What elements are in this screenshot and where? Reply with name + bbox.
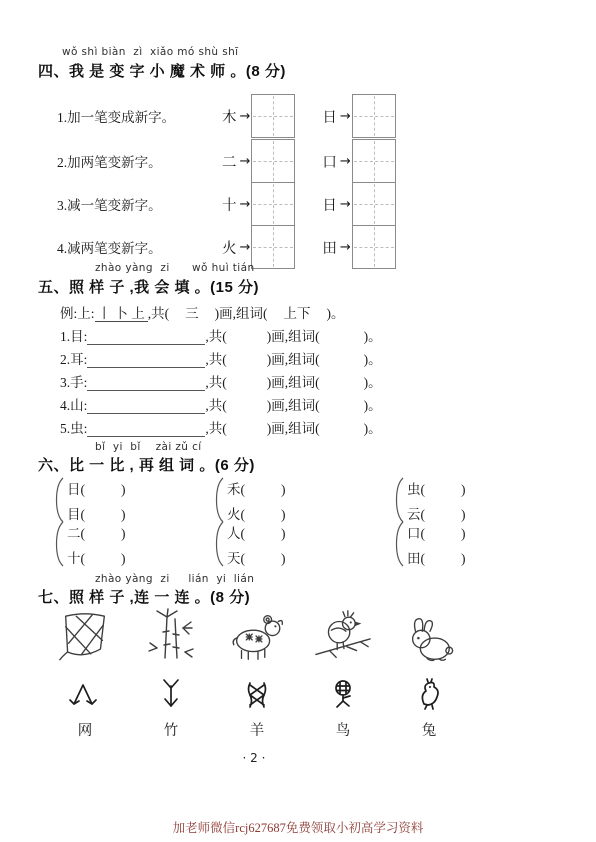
example-prefix: 例:上: xyxy=(60,306,95,321)
fill-in-row: 5.虫:,共()画,组词()。 xyxy=(60,417,382,437)
ancient-script-glyph-2[interactable] xyxy=(128,676,214,710)
row-text: )画,组词( xyxy=(267,417,320,437)
question-row: 1.加一笔变成新字。 木 → 日 → xyxy=(57,93,396,139)
paren: ( xyxy=(81,551,86,567)
worksheet-page: wǒ shì biàn zì xiǎo mó shù shī 四、我 是 变 字… xyxy=(0,0,596,842)
compare-char: 田 xyxy=(407,547,421,567)
row-text: )。 xyxy=(364,417,382,437)
row-text: )画,组词( xyxy=(267,348,320,368)
row-text: )。 xyxy=(364,394,382,414)
row-text: ,共( xyxy=(205,325,226,345)
paren: ( xyxy=(421,551,426,567)
footer-watermark: 加老师微信rcj627687免费领取小初高学习资料 xyxy=(0,818,596,836)
source-char: 火 xyxy=(222,237,237,258)
compare-pair: 人() 天() xyxy=(215,521,286,567)
ancient-script-glyph-1[interactable] xyxy=(42,676,128,710)
compare-char: 日 xyxy=(67,478,81,498)
fill-in-row: 4.山:,共()画,组词()。 xyxy=(60,394,382,414)
brace-icon xyxy=(215,521,224,567)
row-text: ,共( xyxy=(205,417,226,437)
fill-in-row: 3.手:,共()画,组词()。 xyxy=(60,371,382,391)
example-line: 例:上:丨 卜 上,共(三)画,组词(上下)。 xyxy=(60,302,345,322)
row-text: )。 xyxy=(364,371,382,391)
answer-line[interactable] xyxy=(87,353,205,368)
compare-pair: 口() 田() xyxy=(395,521,466,567)
paren: ( xyxy=(81,482,86,498)
compare-pair: 二() 十() xyxy=(55,521,126,567)
paren: ) xyxy=(121,482,126,498)
paren: ) xyxy=(461,526,466,542)
compare-char: 火 xyxy=(227,503,241,523)
ancient-script-glyph-5[interactable] xyxy=(386,676,472,710)
source-char: 日 xyxy=(322,194,337,215)
arrow-icon: → xyxy=(240,154,251,169)
match-char-wang[interactable]: 网 xyxy=(42,720,128,740)
question-row: 2.加两笔变新字。 二 → 口 → xyxy=(57,138,396,184)
row-text: )画,组词( xyxy=(267,371,320,391)
answer-line[interactable] xyxy=(87,399,205,414)
arrow-icon: → xyxy=(340,197,351,212)
section7-title: 七、照 样 子 ,连 一 连 。(8 分) xyxy=(38,586,250,607)
example-text: )画,组词( xyxy=(215,306,268,321)
fill-in-row: 1.目:,共()画,组词()。 xyxy=(60,325,382,345)
row-text: )画,组词( xyxy=(267,394,320,414)
writing-grid-box[interactable] xyxy=(352,94,396,138)
source-char: 田 xyxy=(322,237,337,258)
row-label: 2.耳: xyxy=(60,348,87,368)
section7-pinyin: zhào yàng zi lián yi lián xyxy=(95,573,254,585)
paren: ) xyxy=(461,551,466,567)
page-number: · 2 · xyxy=(0,751,508,765)
source-char: 二 xyxy=(222,151,237,172)
writing-grid-box[interactable] xyxy=(251,94,295,138)
arrow-icon: → xyxy=(240,240,251,255)
row-text: ,共( xyxy=(205,348,226,368)
arrow-icon: → xyxy=(340,240,351,255)
bird-picture[interactable] xyxy=(300,606,386,664)
rabbit-picture[interactable] xyxy=(386,606,472,664)
example-strokes: 丨 卜 上 xyxy=(95,306,148,322)
paren: ) xyxy=(121,526,126,542)
fill-in-row: 2.耳:,共()画,组词()。 xyxy=(60,348,382,368)
compare-pair: 日() 目() xyxy=(55,477,126,523)
match-char-niao[interactable]: 鸟 xyxy=(300,720,386,740)
compare-pair: 虫() 云() xyxy=(395,477,466,523)
compare-char: 禾 xyxy=(227,478,241,498)
ancient-script-glyph-3[interactable] xyxy=(214,676,300,710)
paren: ( xyxy=(421,526,426,542)
paren: ) xyxy=(281,482,286,498)
row-text: ,共( xyxy=(205,394,226,414)
example-text: )。 xyxy=(327,306,345,321)
section6-title: 六、比 一 比 , 再 组 词 。(6 分) xyxy=(38,454,255,475)
question-label: 3.减一笔变新字。 xyxy=(57,194,222,214)
brace-icon xyxy=(395,521,404,567)
answer-line[interactable] xyxy=(87,330,205,345)
row-text: )画,组词( xyxy=(267,325,320,345)
paren: ( xyxy=(81,526,86,542)
brace-icon xyxy=(395,477,404,523)
question-label: 1.加一笔变成新字。 xyxy=(57,106,222,126)
writing-grid-box[interactable] xyxy=(352,139,396,183)
source-char: 口 xyxy=(322,151,337,172)
paren: ) xyxy=(121,551,126,567)
row-text: )。 xyxy=(364,325,382,345)
arrow-icon: → xyxy=(340,109,351,124)
example-stroke-count: 三 xyxy=(185,306,199,321)
compare-char: 二 xyxy=(67,522,81,542)
pictographs-row xyxy=(42,676,472,710)
paren: ( xyxy=(421,482,426,498)
question-label: 2.加两笔变新字。 xyxy=(57,151,222,171)
compare-char: 目 xyxy=(67,503,81,523)
writing-grid-box[interactable] xyxy=(352,225,396,269)
brace-icon xyxy=(215,477,224,523)
question-row: 3.减一笔变新字。 十 → 日 → xyxy=(57,181,396,227)
answer-line[interactable] xyxy=(87,422,205,437)
source-char: 十 xyxy=(222,194,237,215)
arrow-icon: → xyxy=(240,109,251,124)
arrow-icon: → xyxy=(240,197,251,212)
source-char: 日 xyxy=(322,106,337,127)
example-text: ,共( xyxy=(148,306,169,321)
section5-title: 五、照 样 子 ,我 会 填 。(15 分) xyxy=(38,276,259,297)
paren: ) xyxy=(281,551,286,567)
bamboo-picture[interactable] xyxy=(128,606,214,664)
writing-grid-box[interactable] xyxy=(251,139,295,183)
row-label: 5.虫: xyxy=(60,417,87,437)
paren: ( xyxy=(241,482,246,498)
brace-icon xyxy=(55,521,64,567)
compare-char: 天 xyxy=(227,547,241,567)
row-label: 3.手: xyxy=(60,371,87,391)
arrow-icon: → xyxy=(340,154,351,169)
paren: ( xyxy=(241,526,246,542)
section6-pinyin: bǐ yi bǐ zài zǔ cí xyxy=(95,441,202,453)
sheep-picture[interactable] xyxy=(214,606,300,664)
section4-title: 四、我 是 变 字 小 魔 术 师 。(8 分) xyxy=(38,60,286,81)
brace-icon xyxy=(55,477,64,523)
compare-char: 云 xyxy=(407,503,421,523)
writing-grid-box[interactable] xyxy=(352,182,396,226)
writing-grid-box[interactable] xyxy=(251,225,295,269)
compare-char: 十 xyxy=(67,547,81,567)
question-label: 4.减两笔变新字。 xyxy=(57,237,222,257)
section4-pinyin: wǒ shì biàn zì xiǎo mó shù shī xyxy=(62,46,238,58)
compare-pair: 禾() 火() xyxy=(215,477,286,523)
example-word: 上下 xyxy=(284,306,311,321)
compare-char: 口 xyxy=(407,522,421,542)
match-char-yang[interactable]: 羊 xyxy=(214,720,300,740)
row-text: )。 xyxy=(364,348,382,368)
paren: ) xyxy=(281,526,286,542)
answer-line[interactable] xyxy=(87,376,205,391)
row-label: 1.目: xyxy=(60,325,87,345)
compare-char: 人 xyxy=(227,522,241,542)
paren: ( xyxy=(241,551,246,567)
characters-row: 网 竹 羊 鸟 兔 xyxy=(42,720,472,740)
writing-grid-box[interactable] xyxy=(251,182,295,226)
ancient-script-glyph-4[interactable] xyxy=(300,676,386,710)
paren: ) xyxy=(461,482,466,498)
match-char-zhu[interactable]: 竹 xyxy=(128,720,214,740)
section5-pinyin: zhào yàng zi wǒ huì tián xyxy=(95,262,255,274)
pictures-row xyxy=(42,606,472,664)
source-char: 木 xyxy=(222,106,237,127)
net-picture[interactable] xyxy=(42,606,128,664)
compare-char: 虫 xyxy=(407,478,421,498)
row-text: ,共( xyxy=(205,371,226,391)
match-char-tu[interactable]: 兔 xyxy=(386,720,472,740)
row-label: 4.山: xyxy=(60,394,87,414)
